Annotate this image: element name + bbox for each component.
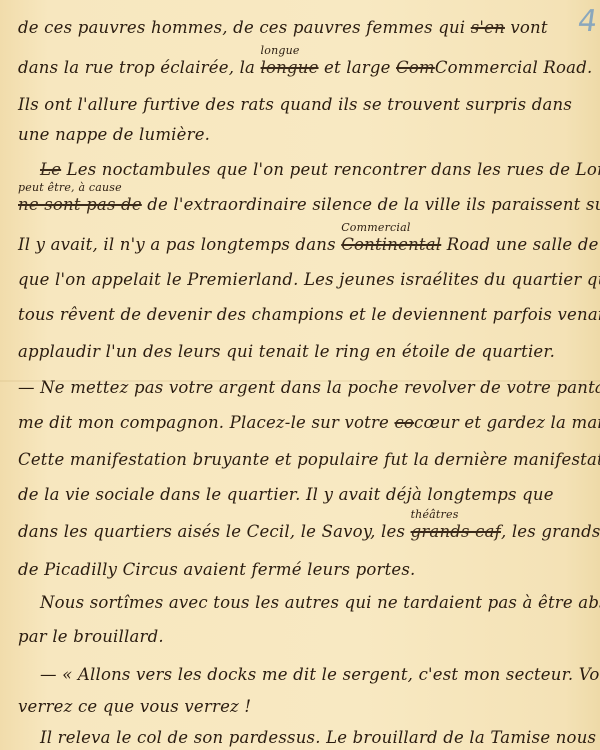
struck-text: s'en: [471, 18, 505, 37]
manuscript-line-16: de Picadilly Circus avaient fermé leurs …: [18, 560, 415, 579]
manuscript-line-5: Le Les noctambules que l'on peut rencont…: [40, 160, 600, 179]
manuscript-line-6: ne sont pas depeut être, à cause de l'ex…: [18, 195, 600, 214]
line-text: que l'on appelait le Premierland. Les je…: [18, 270, 600, 289]
manuscript-line-15: dans les quartiers aisés le Cecil, le Sa…: [18, 522, 600, 541]
line-text: tous rêvent de devenir des champions et …: [18, 305, 600, 324]
line-text: applaudir l'un des leurs qui tenait le r…: [18, 342, 555, 361]
struck-text: co: [394, 413, 414, 432]
line-text: de ces pauvres hommes, de ces pauvres fe…: [18, 18, 471, 37]
manuscript-line-14: de la vie sociale dans le quartier. Il y…: [18, 485, 554, 504]
line-text: cœur et gardez la main dessus.: [414, 413, 600, 432]
line-text: Ils ont l'allure furtive des rats quand …: [18, 95, 572, 114]
line-text: de l'extraordinaire silence de la ville …: [142, 195, 600, 214]
struck-text: ne sont pas de: [18, 195, 142, 214]
manuscript-line-8: que l'on appelait le Premierland. Les je…: [18, 270, 600, 289]
struck-text: longue: [261, 58, 319, 77]
struck-text: grands caf: [411, 522, 501, 541]
manuscript-line-13: Cette manifestation bruyante et populair…: [18, 450, 600, 469]
line-text: verrez ce que vous verrez !: [18, 697, 251, 716]
manuscript-line-1: de ces pauvres hommes, de ces pauvres fe…: [18, 18, 548, 37]
manuscript-line-3: Ils ont l'allure furtive des rats quand …: [18, 95, 572, 114]
page-number: 4: [576, 4, 600, 39]
line-text: Il y avait, il n'y a pas longtemps dans: [18, 235, 341, 254]
struck-text: Com: [396, 58, 435, 77]
line-text: et large: [319, 58, 396, 77]
line-text: Nous sortîmes avec tous les autres qui n…: [40, 593, 600, 612]
manuscript-line-20: verrez ce que vous verrez !: [18, 697, 251, 716]
manuscript-line-7: Il y avait, il n'y a pas longtemps dans …: [18, 235, 600, 254]
manuscript-line-2: dans la rue trop éclairée, la longuelong…: [18, 58, 592, 77]
inserted-text: longue: [261, 44, 300, 57]
line-text: Cette manifestation bruyante et populair…: [18, 450, 600, 469]
manuscript-line-12: me dit mon compagnon. Placez-le sur votr…: [18, 413, 600, 432]
line-text: — Ne mettez pas votre argent dans la poc…: [18, 378, 600, 397]
manuscript-line-11: — Ne mettez pas votre argent dans la poc…: [18, 378, 600, 397]
line-text: Il releva le col de son pardessus. Le br…: [40, 728, 596, 747]
manuscript-line-19: — « Allons vers les docks me dit le serg…: [40, 665, 600, 684]
line-text: dans les quartiers aisés le Cecil, le Sa…: [18, 522, 411, 541]
line-text: Commercial Road.: [435, 58, 593, 77]
manuscript-line-21: Il releva le col de son pardessus. Le br…: [40, 728, 596, 747]
line-text: dans la rue trop éclairée, la: [18, 58, 261, 77]
line-text: par le brouillard.: [18, 627, 164, 646]
inserted-text: théâtres: [411, 508, 459, 521]
manuscript-line-18: par le brouillard.: [18, 627, 164, 646]
line-text: de la vie sociale dans le quartier. Il y…: [18, 485, 554, 504]
line-text: de Picadilly Circus avaient fermé leurs …: [18, 560, 415, 579]
line-text: — « Allons vers les docks me dit le serg…: [40, 665, 600, 684]
line-text: Road une salle de boxe: [441, 235, 600, 254]
inserted-text: Commercial: [341, 221, 410, 234]
manuscript-line-9: tous rêvent de devenir des champions et …: [18, 305, 600, 324]
line-text: vont: [505, 18, 548, 37]
manuscript-page: 4 de ces pauvres hommes, de ces pauvres …: [0, 0, 600, 750]
struck-text: Le: [40, 160, 61, 179]
manuscript-line-17: Nous sortîmes avec tous les autres qui n…: [40, 593, 600, 612]
struck-text: Continental: [341, 235, 441, 254]
manuscript-line-10: applaudir l'un des leurs qui tenait le r…: [18, 342, 555, 361]
manuscript-line-4: une nappe de lumière.: [18, 125, 210, 144]
inserted-text: peut être, à cause: [18, 181, 122, 194]
line-text: , les grands cafés: [501, 522, 600, 541]
line-text: me dit mon compagnon. Placez-le sur votr…: [18, 413, 394, 432]
line-text: Les noctambules que l'on peut rencontrer…: [61, 160, 600, 179]
line-text: une nappe de lumière.: [18, 125, 210, 144]
